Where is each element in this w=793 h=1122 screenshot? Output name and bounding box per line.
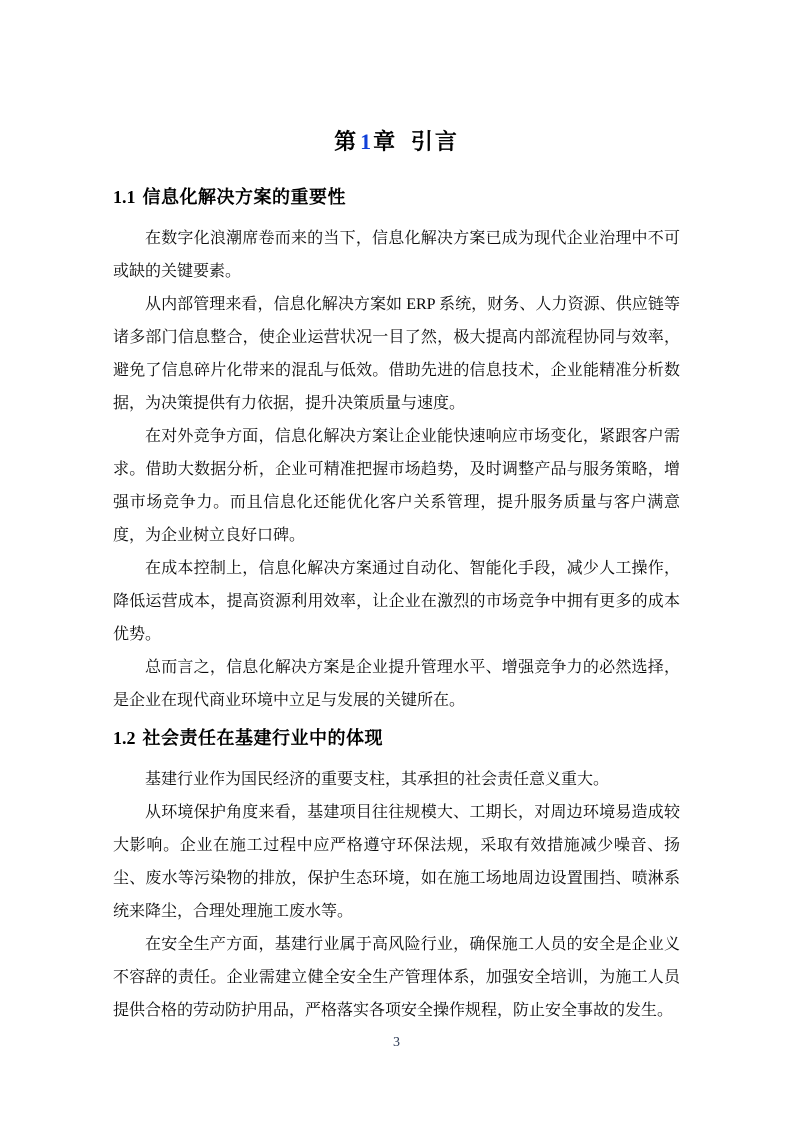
paragraph: 在对外竞争方面，信息化解决方案让企业能快速响应市场变化，紧跟客户需求。借助大数据… xyxy=(113,420,680,552)
paragraph: 从环境保护角度来看，基建项目往往规模大、工期长，对周边环境易造成较大影响。企业在… xyxy=(113,796,680,928)
paragraph: 在安全生产方面，基建行业属于高风险行业，确保施工人员的安全是企业义不容辞的责任。… xyxy=(113,928,680,1027)
chapter-title-prefix: 第 xyxy=(334,129,358,154)
section-heading: 1.2社会责任在基建行业中的体现 xyxy=(113,725,680,751)
paragraph: 总而言之，信息化解决方案是企业提升管理水平、增强竞争力的必然选择，是企业在现代商… xyxy=(113,651,680,717)
section-number: 1.1 xyxy=(113,187,136,207)
section-number: 1.2 xyxy=(113,728,136,748)
paragraph: 从内部管理来看，信息化解决方案如 ERP 系统，财务、人力资源、供应链等诸多部门… xyxy=(113,288,680,420)
chapter-title-text: 引言 xyxy=(411,129,459,154)
section-social-responsibility: 1.2社会责任在基建行业中的体现 基建行业作为国民经济的重要支柱，其承担的社会责… xyxy=(113,725,680,1027)
document-page: 第1章引言 1.1信息化解决方案的重要性 在数字化浪潮席卷而来的当下，信息化解决… xyxy=(0,0,793,1122)
paragraph: 基建行业作为国民经济的重要支柱，其承担的社会责任意义重大。 xyxy=(113,763,680,796)
section-body: 在数字化浪潮席卷而来的当下，信息化解决方案已成为现代企业治理中不可或缺的关键要素… xyxy=(113,222,680,717)
section-heading-text: 信息化解决方案的重要性 xyxy=(143,187,347,207)
chapter-number: 1 xyxy=(358,129,373,154)
paragraph: 在数字化浪潮席卷而来的当下，信息化解决方案已成为现代企业治理中不可或缺的关键要素… xyxy=(113,222,680,288)
section-importance-of-informatization: 1.1信息化解决方案的重要性 在数字化浪潮席卷而来的当下，信息化解决方案已成为现… xyxy=(113,184,680,717)
section-heading-text: 社会责任在基建行业中的体现 xyxy=(143,728,384,748)
section-heading: 1.1信息化解决方案的重要性 xyxy=(113,184,680,210)
section-body: 基建行业作为国民经济的重要支柱，其承担的社会责任意义重大。 从环境保护角度来看，… xyxy=(113,763,680,1027)
page-number: 3 xyxy=(0,1034,793,1052)
paragraph: 在成本控制上，信息化解决方案通过自动化、智能化手段，减少人工操作，降低运营成本，… xyxy=(113,552,680,651)
chapter-title: 第1章引言 xyxy=(113,126,680,158)
chapter-title-suffix: 章 xyxy=(373,129,397,154)
